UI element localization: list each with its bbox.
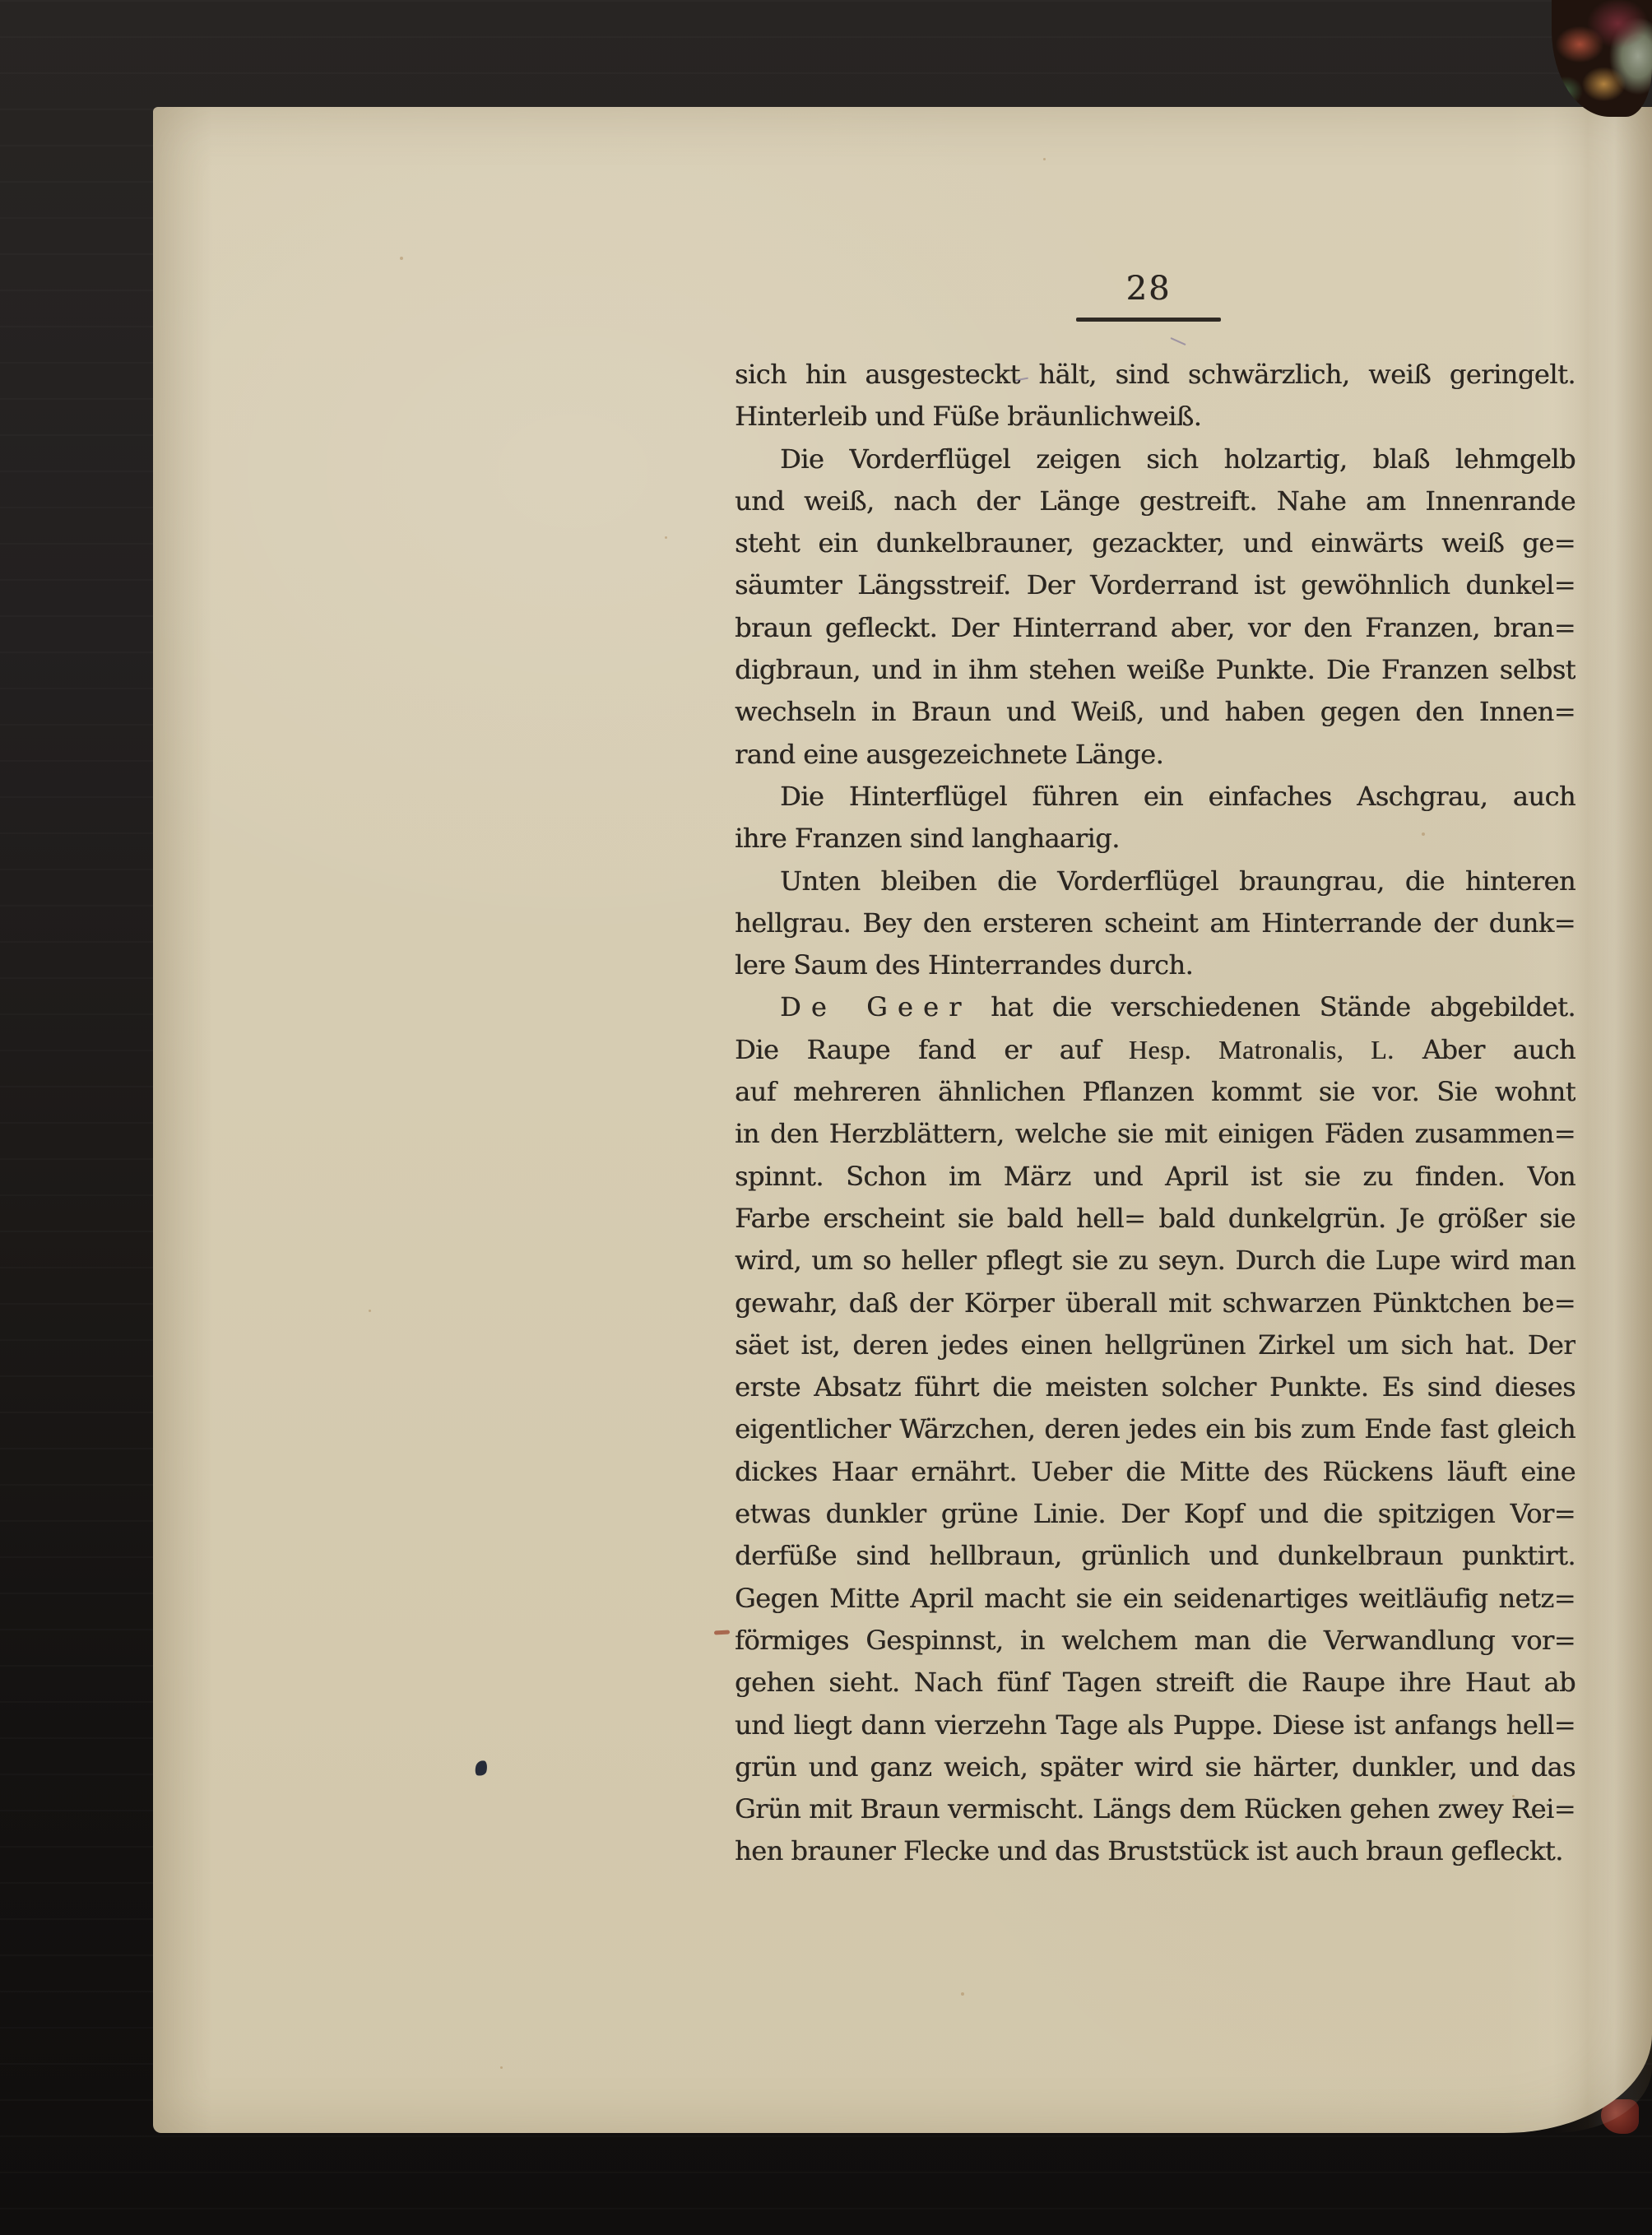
text-line: sich hin ausgesteckt hält, sind schwärzl… <box>735 354 1575 396</box>
text-line: erste Absatz führt die meisten solcher P… <box>735 1366 1575 1408</box>
text-line: ihre Franzen sind langhaarig. <box>735 818 1575 860</box>
foxing-speck <box>400 257 403 260</box>
ink-blot-mark <box>474 1760 489 1777</box>
text-line: und weiß, nach der Länge gestreift. Nahe… <box>735 480 1575 522</box>
text-line: gehen sieht. Nach fünf Tagen streift die… <box>735 1662 1575 1704</box>
text-line: spinnt. Schon im März und April ist sie … <box>735 1156 1575 1198</box>
book-page: 28 sich hin ausgesteckt hält, sind schwä… <box>153 107 1652 2133</box>
text-line: hen brauner Flecke und das Bruststück is… <box>735 1830 1575 1872</box>
text-line: förmiges Gespinnst, in welchem man die V… <box>735 1620 1575 1662</box>
text-block: sich hin ausgesteckt hält, sind schwärzl… <box>735 354 1575 1873</box>
text-line: hellgrau. Bey den ersteren scheint am Hi… <box>735 902 1575 944</box>
page-number-rule <box>1076 318 1221 322</box>
foxing-speck <box>665 536 667 539</box>
text-segment-fraktur: Aber auch <box>1394 1034 1575 1065</box>
text-segment-fraktur: hat die verschiedenen Stände abgebildet. <box>972 991 1575 1022</box>
foxing-speck <box>1043 158 1046 160</box>
foxing-speck <box>1512 1795 1515 1797</box>
text-line: Die Raupe fand er auf Hesp. Matronalis, … <box>735 1029 1575 1071</box>
text-line: lere Saum des Hinterrandes durch. <box>735 944 1575 986</box>
page-number: 28 <box>1078 270 1219 308</box>
text-line: braun gefleckt. Der Hinterrand aber, vor… <box>735 607 1575 649</box>
text-line: dickes Haar ernährt. Ueber die Mitte des… <box>735 1451 1575 1493</box>
text-line: Farbe erscheint sie bald hell= bald dunk… <box>735 1198 1575 1240</box>
text-line: Grün mit Braun vermischt. Längs dem Rück… <box>735 1788 1575 1830</box>
book-scan: 28 sich hin ausgesteckt hält, sind schwä… <box>0 0 1652 2235</box>
text-line: säet ist, deren jedes einen hellgrünen Z… <box>735 1324 1575 1366</box>
text-line: derfüße sind hellbraun, grünlich und dun… <box>735 1535 1575 1577</box>
text-line: Hinterleib und Füße bräunlichweiß. <box>735 396 1575 438</box>
text-line: Unten bleiben die Vorderflügel braungrau… <box>735 860 1575 902</box>
text-line: Die Hinterflügel führen ein einfaches As… <box>735 776 1575 818</box>
text-line: rand eine ausgezeichnete Länge. <box>735 734 1575 776</box>
text-segment-antiqua: Hesp. Matronalis, L. <box>1129 1035 1394 1064</box>
text-line: säumter Längsstreif. Der Vorderrand ist … <box>735 564 1575 606</box>
foxing-speck <box>961 1992 964 1996</box>
text-line: wechseln in Braun und Weiß, und haben ge… <box>735 691 1575 733</box>
text-line: wird, um so heller pflegt sie zu seyn. D… <box>735 1240 1575 1282</box>
text-line: eigentlicher Wärzchen, deren jedes ein b… <box>735 1408 1575 1450</box>
text-line: gewahr, daß der Körper überall mit schwa… <box>735 1282 1575 1324</box>
text-line: De Geer hat die verschiedenen Stände abg… <box>735 986 1575 1028</box>
text-segment-fraktur: Die Raupe fand er auf <box>735 1034 1129 1065</box>
foxing-speck <box>1422 832 1425 836</box>
text-segment-spaced: De Geer <box>780 991 972 1022</box>
foxing-speck <box>500 2066 503 2069</box>
foxing-speck <box>369 1310 371 1312</box>
text-line: digbraun, und in ihm stehen weiße Punkte… <box>735 649 1575 691</box>
text-line: Die Vorderflügel zeigen sich holzartig, … <box>735 438 1575 480</box>
text-line: auf mehreren ähnlichen Pflanzen kommt si… <box>735 1071 1575 1113</box>
text-line: in den Herzblättern, welche sie mit eini… <box>735 1113 1575 1155</box>
margin-pencil-dash-mark <box>714 1630 730 1635</box>
paper-fiber-mark <box>1170 337 1186 345</box>
text-line: steht ein dunkelbrauner, gezackter, und … <box>735 522 1575 564</box>
text-line: grün und ganz weich, später wird sie här… <box>735 1746 1575 1788</box>
text-line: Gegen Mitte April macht sie ein seidenar… <box>735 1578 1575 1620</box>
text-line: etwas dunkler grüne Linie. Der Kopf und … <box>735 1493 1575 1535</box>
text-line: und liegt dann vierzehn Tage als Puppe. … <box>735 1704 1575 1746</box>
